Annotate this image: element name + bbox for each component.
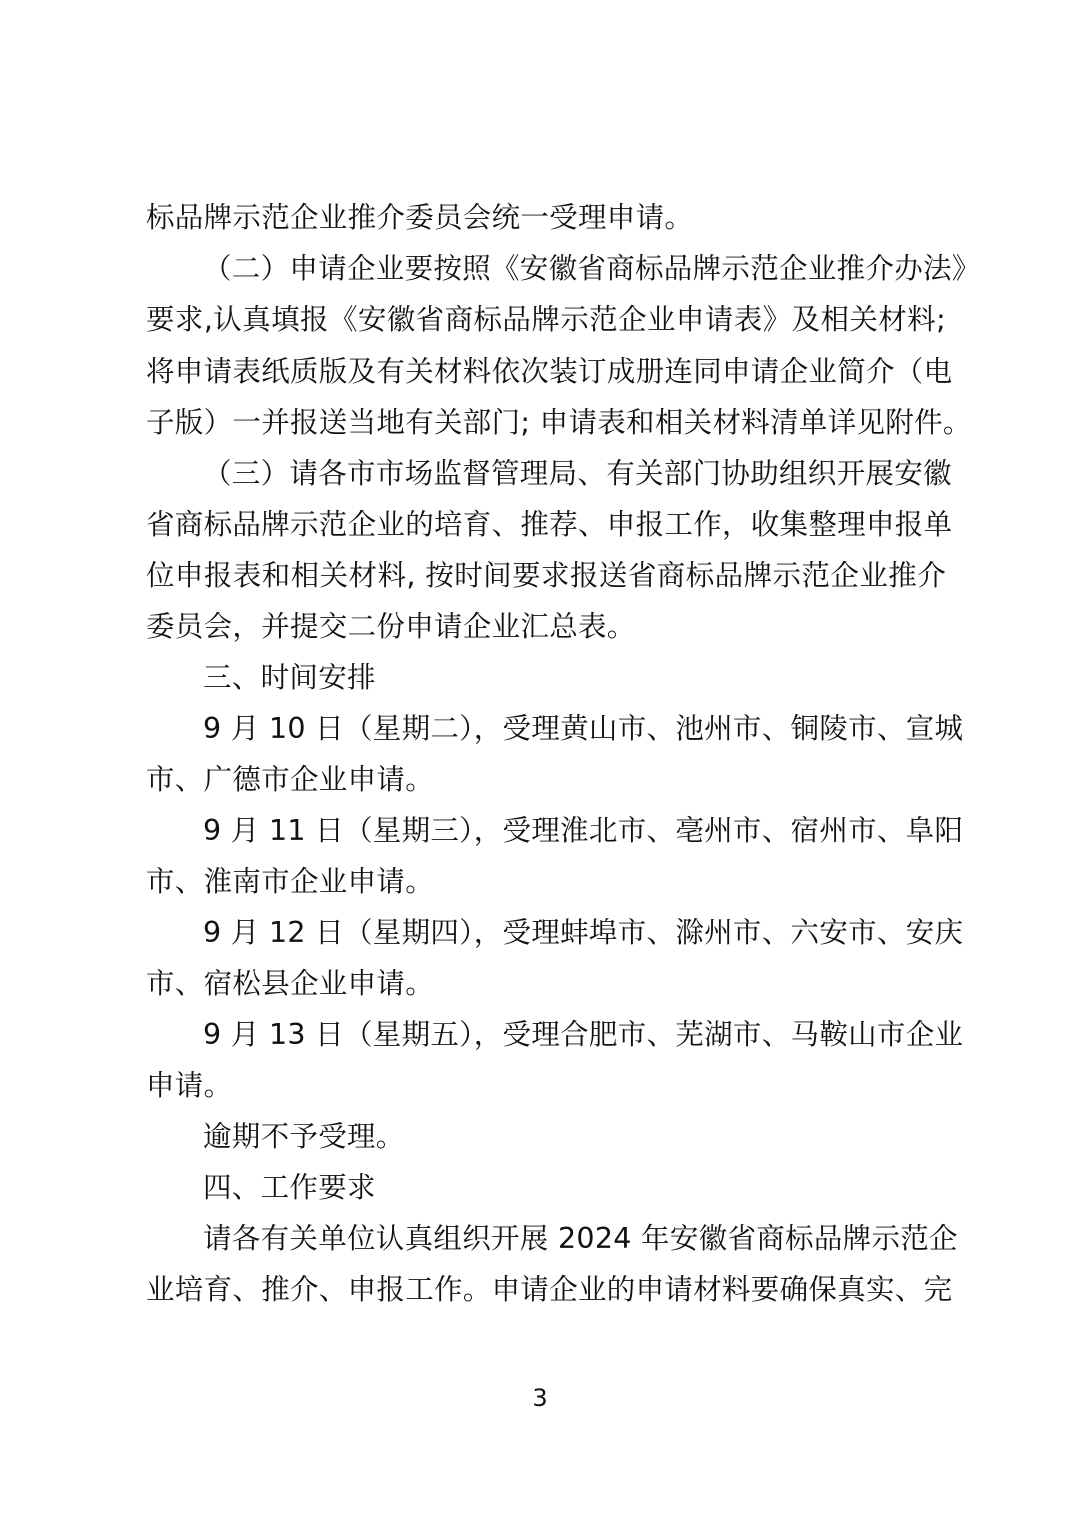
text-line: 逾期不予受理。 <box>203 1111 946 1162</box>
text-line: （二）申请企业要按照《安徽省商标品牌示范企业推介办法》 <box>203 243 946 294</box>
text-line: 子版）一并报送当地有关部门; 申请表和相关材料清单详见附件。 <box>146 397 946 448</box>
text-line: 将申请表纸质版及有关材料依次装订成册连同申请企业简介（电 <box>146 346 946 397</box>
text-line: 申请。 <box>146 1060 946 1111</box>
text-line: 市、宿松县企业申请。 <box>146 958 946 1009</box>
text-line: 9 月 11 日（星期三），受理淮北市、亳州市、宿州市、阜阳 <box>203 805 946 856</box>
text-line: 请各有关单位认真组织开展 2024 年安徽省商标品牌示范企 <box>203 1213 946 1264</box>
text-line: 9 月 10 日（星期二），受理黄山市、池州市、铜陵市、宣城 <box>203 703 946 754</box>
text-line: 业培育、推介、申报工作。申请企业的申请材料要确保真实、完 <box>146 1264 946 1315</box>
text-line: 市、广德市企业申请。 <box>146 754 946 805</box>
text-line: 要求,认真填报《安徽省商标品牌示范企业申请表》及相关材料; <box>146 294 946 345</box>
text-line: 标品牌示范企业推介委员会统一受理申请。 <box>146 192 946 243</box>
text-line: 委员会，并提交二份申请企业汇总表。 <box>146 601 946 652</box>
document-page: 标品牌示范企业推介委员会统一受理申请。 （二）申请企业要按照《安徽省商标品牌示范… <box>0 0 1080 1528</box>
section-heading: 三、时间安排 <box>203 652 946 703</box>
text-line: 9 月 12 日（星期四），受理蚌埠市、滁州市、六安市、安庆 <box>203 907 946 958</box>
text-line: 9 月 13 日（星期五），受理合肥市、芜湖市、马鞍山市企业 <box>203 1009 946 1060</box>
page-number: 3 <box>0 1380 1080 1416</box>
text-line: 省商标品牌示范企业的培育、推荐、申报工作，收集整理申报单 <box>146 499 946 550</box>
section-heading: 四、工作要求 <box>203 1162 946 1213</box>
text-line: 位申报表和相关材料, 按时间要求报送省商标品牌示范企业推介 <box>146 550 946 601</box>
text-line: 市、淮南市企业申请。 <box>146 856 946 907</box>
text-line: （三）请各市市场监督管理局、有关部门协助组织开展安徽 <box>203 448 946 499</box>
